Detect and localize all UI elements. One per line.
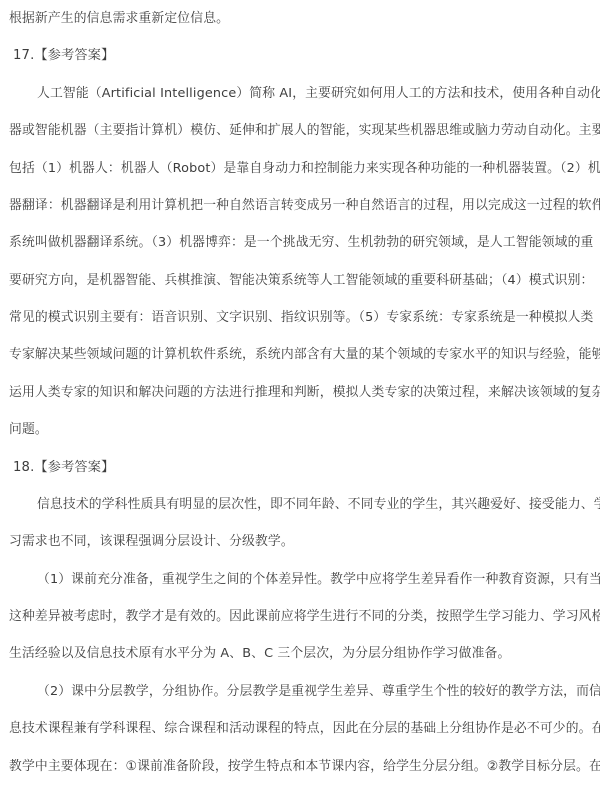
answer-18-paragraph-line: 信息技术的学科性质具有明显的层次性，即不同年龄、不同专业的学生，其兴趣爱好、接受… bbox=[9, 486, 594, 523]
answer-18-paragraph-line: 教学中主要体现在：①课前准备阶段，按学生特点和本节课内容，给学生分层分组。②教学… bbox=[9, 748, 594, 785]
answer-17-paragraph-line: 运用人类专家的知识和解决问题的方法进行推理和判断，模拟人类专家的决策过程，来解决… bbox=[9, 374, 594, 411]
answer-18-paragraph-line: 生活经验以及信息技术原有水平分为 A、B、C 三个层次，为分层分组协作学习做准备… bbox=[9, 635, 594, 672]
answer-17-paragraph-line: 人工智能（Artificial Intelligence）简称 AI，主要研究如… bbox=[9, 75, 594, 112]
text-line-continuation: 根据新产生的信息需求重新定位信息。 bbox=[9, 0, 594, 37]
answer-18-paragraph-line: 这种差异被考虑时，教学才是有效的。因此课前应将学生进行不同的分类，按照学生学习能… bbox=[9, 598, 594, 635]
answer-17-paragraph-line: 问题。 bbox=[9, 411, 594, 448]
answer-17-paragraph-line: 包括（1）机器人：机器人（Robot）是靠自身动力和控制能力来实现各种功能的一种… bbox=[9, 150, 594, 187]
answer-18-paragraph-line: （1）课前充分准备，重视学生之间的个体差异性。教学中应将学生差异看作一种教育资源… bbox=[9, 561, 594, 598]
answer-18-paragraph-line: （2）课中分层教学，分组协作。分层教学是重视学生差异、尊重学生个性的较好的教学方… bbox=[9, 673, 594, 710]
document-page: 根据新产生的信息需求重新定位信息。 17.【参考答案】 人工智能（Artific… bbox=[0, 0, 600, 785]
answer-17-paragraph-line: 要研究方向，是机器智能、兵棋推演、智能决策系统等人工智能领域的重要科研基础；（4… bbox=[9, 262, 594, 299]
answer-17-paragraph-line: 器或智能机器（主要指计算机）模仿、延伸和扩展人的智能，实现某些机器思维或脑力劳动… bbox=[9, 112, 594, 149]
answer-17-paragraph-line: 专家解决某些领域问题的计算机软件系统，系统内部含有大量的某个领域的专家水平的知识… bbox=[9, 336, 594, 373]
answer-18-paragraph-line: 息技术课程兼有学科课程、综合课程和活动课程的特点，因此在分层的基础上分组协作是必… bbox=[9, 710, 594, 747]
answer-17-paragraph-line: 系统叫做机器翻译系统。（3）机器博弈：是一个挑战无穷、生机勃勃的研究领域，是人工… bbox=[9, 224, 594, 261]
answer-17-paragraph-line: 器翻译：机器翻译是利用计算机把一种自然语言转变成另一种自然语言的过程，用以完成这… bbox=[9, 187, 594, 224]
answer-18-heading: 18.【参考答案】 bbox=[9, 449, 594, 486]
answer-17-heading: 17.【参考答案】 bbox=[9, 37, 594, 74]
answer-18-paragraph-line: 习需求也不同，该课程强调分层设计、分级教学。 bbox=[9, 523, 594, 560]
answer-17-paragraph-line: 常见的模式识别主要有：语音识别、文字识别、指纹识别等。（5）专家系统：专家系统是… bbox=[9, 299, 594, 336]
